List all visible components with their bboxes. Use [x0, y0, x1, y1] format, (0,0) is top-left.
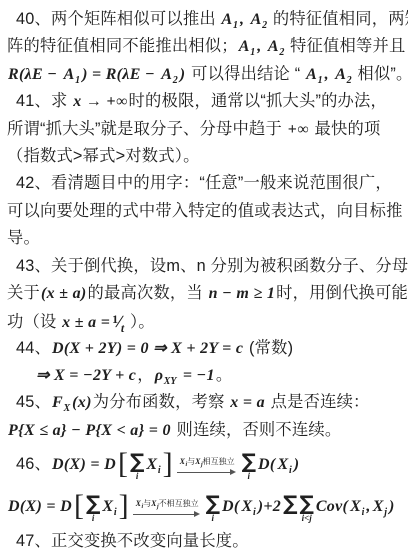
math-symbol-with-subscript: A2: [335, 66, 351, 83]
text-run: 所谓“抓大头”就是取分子、分母中趋于: [7, 120, 287, 138]
text-run: 41、求: [16, 92, 72, 110]
sigma-glyph: ∑: [283, 493, 297, 513]
arrow-shaft-icon: [177, 469, 238, 477]
math-symbol-with-subscript: A1: [306, 66, 322, 83]
math-run: ,: [240, 11, 249, 28]
math-base: X: [195, 457, 200, 466]
sum-symbol: ∑i: [86, 493, 100, 523]
math-base: X: [277, 456, 288, 473]
text-line: 43、关于倒代换，设m、n 分别为被积函数分子、分母: [5, 252, 408, 279]
text-line: 40、两个矩阵相似可以推出 A1, A2 的特征值相同，两矩: [5, 5, 408, 32]
math-subscript: i: [253, 507, 256, 518]
math-run: )+2: [258, 498, 281, 515]
math-symbol-with-subscript: Xi: [180, 457, 188, 466]
math-subscript: 1: [318, 75, 323, 86]
math-run: ) = R(λE −: [82, 66, 159, 83]
math-base: F: [52, 394, 63, 411]
text-run: 不相互独立: [159, 499, 199, 508]
text-line: 46、D(X) = D[∑iXi]Xi与Xj相互独立∑iD(Xi): [5, 443, 408, 485]
document-page: 40、两个矩阵相似可以推出 A1, A2 的特征值相同，两矩阵的特征值相同不能推…: [0, 0, 411, 555]
text-line: 可以向要处理的式中带入特定的值或表达式，向目标推: [5, 197, 408, 224]
math-run: ): [180, 66, 186, 83]
text-line: 所谓“抓大头”就是取分子、分母中趋于 +∞ 最快的项: [5, 115, 408, 142]
math-subscript: XY: [164, 376, 177, 387]
math-subscript: 1: [250, 47, 255, 58]
math-run: D(: [258, 456, 275, 473]
math-symbol-with-subscript: Xj: [151, 499, 159, 508]
text-run: 44、: [16, 339, 51, 357]
math-run: x ± a =: [62, 314, 110, 331]
math-subscript: 1: [233, 20, 238, 31]
math-symbol-with-subscript: A2: [251, 11, 267, 28]
arrow-shaft-icon: [133, 511, 202, 519]
text-line: 42、看清题目中的用字：“任意”一般来说范围很广，: [5, 169, 408, 196]
math-subscript: 2: [347, 75, 352, 86]
math-base: A: [239, 38, 250, 55]
big-bracket: ]: [119, 489, 129, 522]
sum-underscript: i: [136, 471, 139, 481]
sum-underscript: i: [92, 513, 95, 523]
text-run: 阵的特征值相同不能推出相似；: [7, 37, 238, 55]
math-symbol-with-subscript: A1: [222, 11, 238, 28]
math-run: ): [389, 498, 395, 515]
text-run: 则连续，否则不连续。: [172, 421, 342, 439]
text-run: 45、: [16, 393, 51, 411]
math-subscript: i: [362, 507, 365, 518]
text-run: (常数): [244, 339, 293, 357]
math-run: Cov(: [316, 498, 348, 515]
text-run: 的最高次数，当: [88, 284, 208, 302]
math-run: D(X + 2Y) = 0 ⇒ X + 2Y = c: [52, 340, 243, 357]
math-subscript: i: [289, 465, 292, 476]
text-run: 43、关于倒代换，设m、n 分别为被积函数分子、分母: [16, 257, 408, 275]
math-base: A: [222, 11, 233, 28]
text-run: 导。: [7, 229, 40, 247]
big-bracket: ]: [163, 447, 173, 480]
math-run: = −1: [179, 367, 215, 384]
math-base: A: [306, 66, 317, 83]
math-subscript: 2: [173, 75, 178, 86]
sum-symbol: ∑i: [242, 451, 256, 481]
math-subscript: 2: [279, 47, 284, 58]
math-run: +∞: [288, 121, 309, 138]
math-base: A: [161, 66, 172, 83]
math-run: x → +∞: [73, 93, 127, 110]
sigma-glyph: ∑: [130, 451, 144, 471]
sum-symbol: ∑i: [130, 451, 144, 481]
sigma-glyph: ∑: [299, 493, 313, 513]
math-base: X: [241, 498, 252, 515]
math-run: ,: [366, 498, 370, 515]
math-run: ,: [257, 38, 266, 55]
text-line: 44、D(X + 2Y) = 0 ⇒ X + 2Y = c (常数): [5, 334, 408, 361]
math-symbol-with-subscript: Xj: [195, 457, 203, 466]
math-subscript: j: [384, 507, 387, 518]
math-subscript: i: [158, 465, 161, 476]
text-run: 与: [143, 499, 151, 508]
text-line: ⇒ X = −2Y + c，ρXY = −1。: [5, 361, 408, 388]
text-line: 阵的特征值相同不能推出相似；A1, A2 特征值相等并且: [5, 32, 408, 59]
math-symbol-with-subscript: Xi: [136, 499, 144, 508]
sigma-glyph: ∑: [86, 493, 100, 513]
math-run: D(X) = D: [52, 456, 116, 473]
text-line: 关于(x ± a)的最高次数，当 n − m ≥ 1时，用倒代换可能成: [5, 279, 408, 306]
text-line: 41、求 x → +∞时的极限，通常以“抓大头”的办法，: [5, 87, 408, 114]
big-bracket: [: [74, 489, 84, 522]
text-run: 。: [216, 366, 232, 384]
math-symbol-with-subscript: Xj: [373, 498, 387, 515]
math-subscript: X: [63, 403, 70, 414]
math-base: A: [64, 66, 75, 83]
math-run: ,: [325, 66, 334, 83]
text-run: 最快的项: [310, 120, 381, 138]
text-run: 为分布函数，考察: [93, 393, 230, 411]
arrow-label: Xi与Xj不相互独立: [133, 492, 202, 511]
math-run: x = a: [230, 394, 265, 411]
math-run: P{X ≤ a} − P{X < a} = 0: [8, 422, 171, 439]
text-run: 可以得出结论 “: [186, 65, 305, 83]
sigma-glyph: ∑: [242, 451, 256, 471]
sigma-glyph: ∑: [206, 493, 220, 513]
math-symbol-with-subscript: ρXY: [155, 367, 177, 384]
math-subscript: i: [114, 507, 117, 518]
math-base: X: [350, 498, 361, 515]
sum-symbol: ∑: [283, 493, 297, 523]
math-base: ρ: [155, 367, 164, 384]
math-symbol-with-subscript: A1: [239, 38, 255, 55]
math-run: ): [294, 456, 300, 473]
text-line: 导。: [5, 224, 408, 251]
text-run: 功（设: [7, 313, 61, 331]
math-symbol-with-subscript: FX: [52, 394, 70, 411]
big-bracket: [: [118, 447, 128, 480]
inline-fraction: 1/t: [112, 314, 124, 331]
math-symbol-with-subscript: Xi: [350, 498, 364, 515]
text-run: 46、: [16, 455, 51, 473]
text-line: R(λE − A1) = R(λE − A2) 可以得出结论 “ A1, A2 …: [5, 60, 408, 87]
sum-underscript: i: [248, 471, 251, 481]
text-run: 关于: [7, 284, 40, 302]
arrow-label: Xi与Xj相互独立: [177, 450, 238, 469]
text-run: 47、正交变换不改变向量长度。: [16, 532, 249, 550]
sum-symbol: ∑i<j: [299, 493, 313, 523]
text-line: P{X ≤ a} − P{X < a} = 0 则连续，否则不连续。: [5, 416, 408, 443]
text-line: D(X) = D[∑iXi]Xi与Xj不相互独立∑iD(Xi)+2∑ ∑i<jC…: [5, 485, 408, 527]
math-symbol-with-subscript: A1: [64, 66, 80, 83]
text-run: 42、看清题目中的用字：“任意”一般来说范围很广，: [16, 174, 392, 192]
labeled-arrow: Xi与Xj不相互独立: [133, 492, 202, 519]
labeled-arrow: Xi与Xj相互独立: [177, 450, 238, 477]
math-run: R(λE −: [8, 66, 62, 83]
math-run: ⇒ X = −2Y + c: [36, 367, 136, 384]
math-base: X: [151, 499, 156, 508]
math-base: X: [146, 456, 157, 473]
math-symbol-with-subscript: Xi: [277, 456, 291, 473]
text-run: 40、两个矩阵相似可以推出: [16, 10, 221, 28]
text-run: 的特征值相同，两矩: [268, 10, 408, 28]
math-run: D(X) = D: [8, 498, 72, 515]
math-base: X: [373, 498, 384, 515]
math-run: (x): [72, 394, 92, 411]
math-symbol-with-subscript: A2: [268, 38, 284, 55]
math-run: n − m ≥ 1: [209, 285, 276, 302]
text-run: 相互独立: [203, 457, 235, 466]
math-symbol-with-subscript: A2: [161, 66, 177, 83]
text-run: （指数式>幂式>对数式）。: [7, 147, 200, 165]
sum-underscript: i<j: [302, 513, 312, 523]
text-run: 时的极限，通常以“抓大头”的办法，: [129, 92, 387, 110]
math-run: (x ± a): [41, 285, 87, 302]
text-line: 45、FX(x)为分布函数，考察 x = a 点是否连续：: [5, 388, 408, 415]
math-base: A: [335, 66, 346, 83]
math-symbol-with-subscript: Xi: [102, 498, 116, 515]
text-line: 47、正交变换不改变向量长度。: [5, 527, 408, 554]
text-run: 特征值相等并且: [285, 37, 405, 55]
math-base: X: [102, 498, 113, 515]
text-run: 点是否连续：: [266, 393, 370, 411]
sum-underscript: i: [212, 513, 215, 523]
math-subscript: 2: [262, 20, 267, 31]
text-run: 时，用倒代换可能成: [276, 284, 408, 302]
math-base: A: [251, 11, 262, 28]
sum-symbol: ∑i: [206, 493, 220, 523]
text-run: ，: [137, 366, 153, 384]
math-subscript: 1: [75, 75, 80, 86]
text-line: （指数式>幂式>对数式）。: [5, 142, 408, 169]
text-line: 功（设 x ± a =1/t ）。: [5, 306, 408, 333]
sum-underscript: [289, 513, 291, 523]
math-base: A: [268, 38, 279, 55]
text-run: 相似”。: [353, 65, 408, 83]
math-symbol-with-subscript: Xi: [241, 498, 255, 515]
text-run: 与: [187, 457, 195, 466]
text-run: ）。: [125, 313, 155, 331]
math-symbol-with-subscript: Xi: [146, 456, 160, 473]
text-run: 可以向要处理的式中带入特定的值或表达式，向目标推: [7, 202, 403, 220]
math-run: D(: [222, 498, 239, 515]
